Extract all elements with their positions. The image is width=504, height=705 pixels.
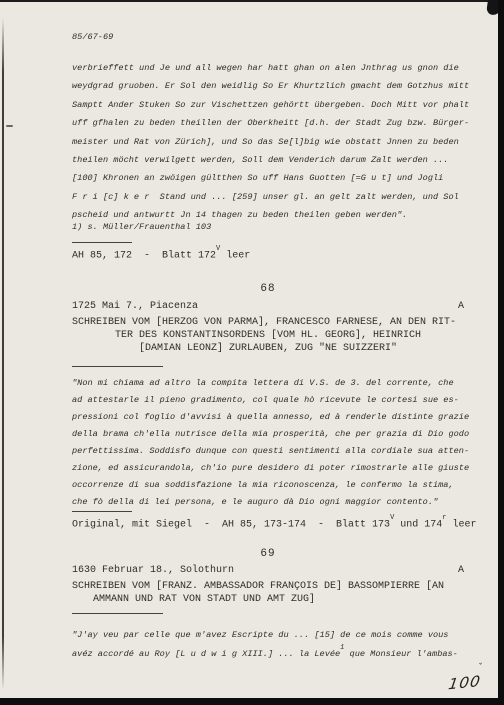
entry68-source-line: Original, mit Siegel - AH 85, 173-174 - …	[72, 517, 464, 530]
entry69-quote-line2: avéz accordé au Roy [L u d w i g XIII.] …	[72, 649, 340, 659]
scan-left-edge-line	[2, 18, 4, 690]
entry67-quote: verbrieffett und Je und all wegen har ha…	[72, 59, 464, 225]
scan-right-edge	[498, 0, 504, 705]
entry68-date-row: 1725 Mai 7., Piacenza A	[72, 301, 464, 312]
scan-bottom-edge	[0, 698, 504, 705]
scan-margin-artifact	[6, 125, 13, 127]
entry69-heading-line2: AMMANN UND RAT VON STADT UND AMT ZUG]	[72, 593, 464, 606]
entry68-quote-separator	[72, 366, 163, 367]
entry68-series-letter: A	[458, 301, 464, 312]
entry68-number: 68	[72, 283, 464, 295]
entry67-footnote: 1) s. Müller/Frauenthal 103	[72, 222, 464, 232]
entry68-quote: "Non mi chiama ad altro la compita lette…	[72, 375, 464, 511]
entry68-heading-line2: TER DES KONSTANTINSORDENS [VOM HL. GEORG…	[72, 329, 464, 342]
entry69-heading-line1: SCHREIBEN VOM [FRANZ. AMBASSADOR FRANÇOI…	[72, 580, 464, 593]
scanned-page: 85/67-69 verbrieffett und Je und all weg…	[0, 0, 504, 705]
entry69-series-letter: A	[458, 565, 464, 576]
handwritten-page-number: 100	[447, 671, 497, 694]
entry68-folio-superscript-1: V	[390, 514, 394, 522]
entry67-source-separator	[72, 242, 132, 243]
entry68-heading: SCHREIBEN VOM [HERZOG VON PARMA], FRANCE…	[72, 316, 464, 355]
scan-top-edge	[0, 0, 504, 2]
entry69-quote: "J'ay veu par celle que m'avez Escripte …	[72, 627, 464, 662]
entry69-heading: SCHREIBEN VOM [FRANZ. AMBASSADOR FRANÇOI…	[72, 580, 464, 606]
entry67-source-line: AH 85, 172 - Blatt 172V leer	[72, 248, 464, 261]
entry67-source-text: AH 85, 172 - Blatt 172	[72, 250, 216, 261]
entry67-source-text-end: leer	[220, 250, 250, 261]
page-ref-header: 85/67-69	[72, 32, 464, 42]
entry68-date: 1725 Mai 7., Piacenza	[72, 301, 198, 312]
entry69-date: 1630 Februar 18., Solothurn	[72, 565, 234, 576]
entry68-source-text: Original, mit Siegel - AH 85, 173-174 - …	[72, 519, 390, 530]
entry68-heading-line3: [DAMIAN LEONZ] ZURLAUBEN, ZUG "NE SUIZZE…	[72, 342, 464, 355]
entry69-quote-line1: "J'ay veu par celle que m'avez Escripte …	[72, 630, 448, 640]
entry68-source-text-mid: und 174	[394, 519, 442, 530]
entry69-date-row: 1630 Februar 18., Solothurn A	[72, 565, 464, 576]
entry69-footnote-superscript: 1	[340, 644, 344, 652]
entry69-number: 69	[72, 548, 464, 560]
entry68-source-separator	[72, 511, 132, 512]
entry67-folio-superscript: V	[216, 245, 220, 253]
entry69-quote-separator	[72, 613, 163, 614]
entry68-source-text-end: leer	[446, 519, 476, 530]
entry69-quote-line2-end: que Monsieur l'ambas-	[344, 649, 457, 659]
entry68-folio-superscript-2: r	[442, 514, 446, 522]
entry68-heading-line1: SCHREIBEN VOM [HERZOG VON PARMA], FRANCE…	[72, 316, 464, 329]
